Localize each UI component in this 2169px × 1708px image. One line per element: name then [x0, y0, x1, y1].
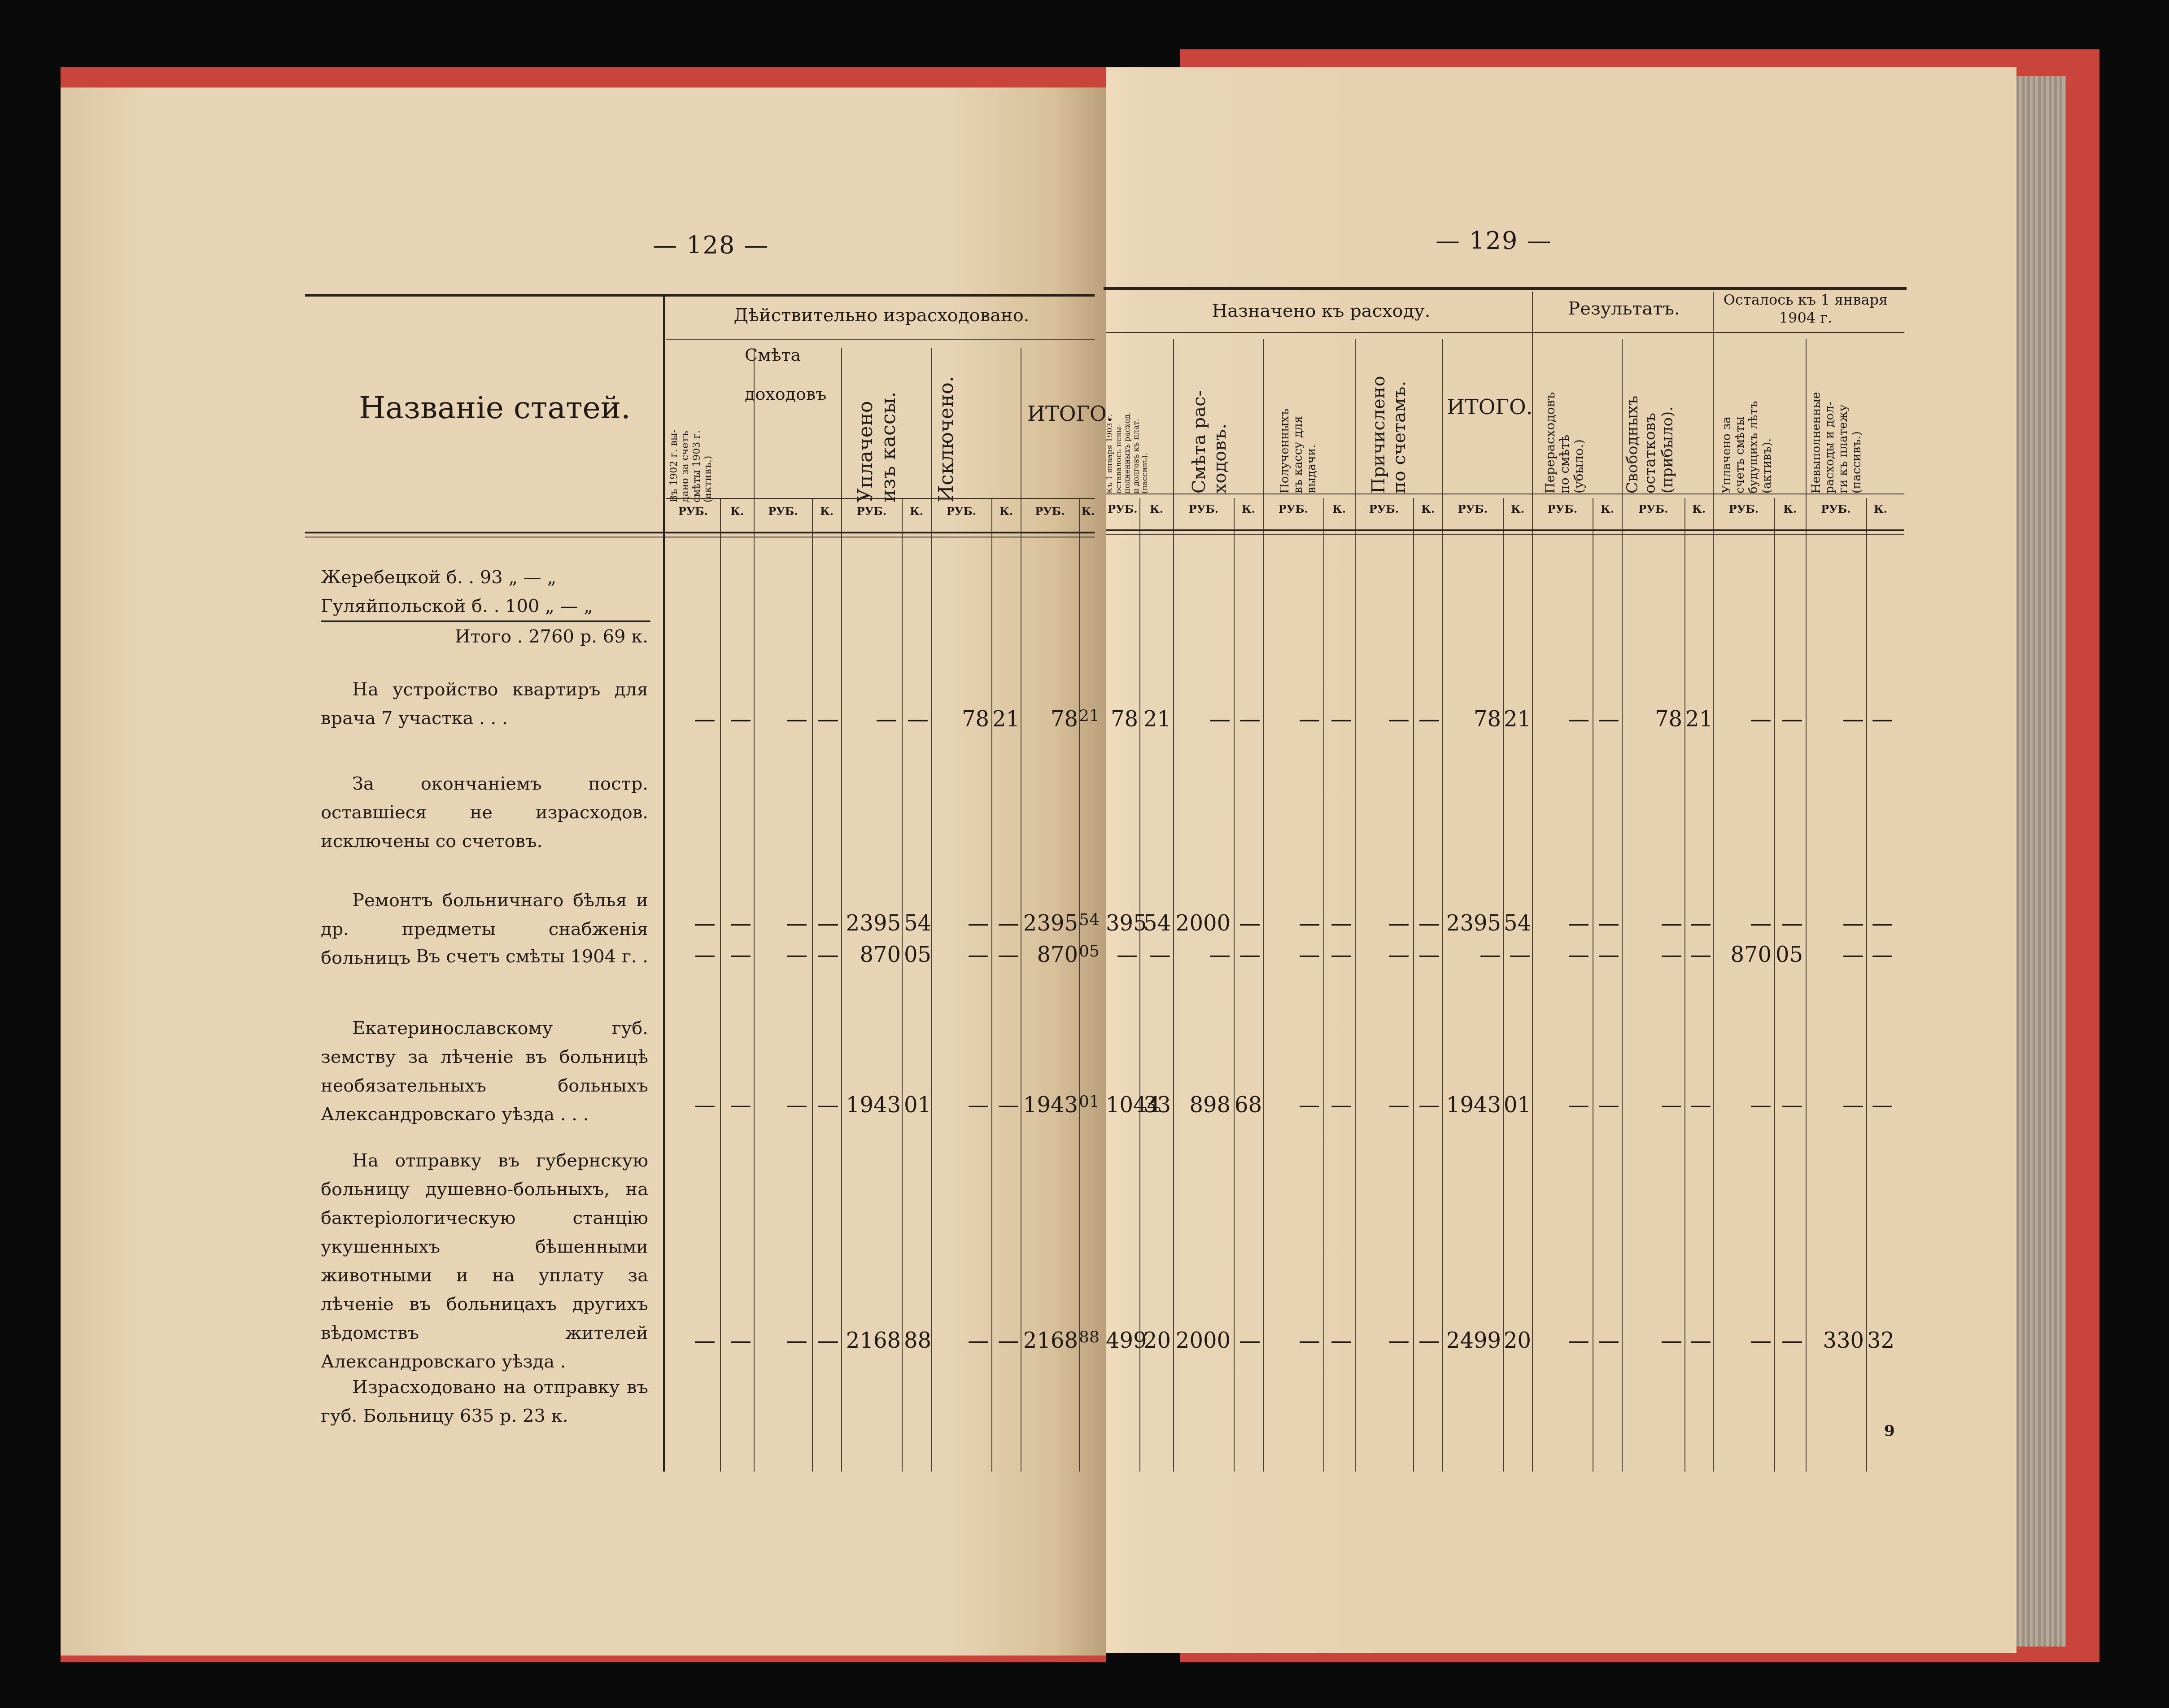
grid-line	[902, 498, 903, 1472]
item-spent-transport: Израсходовано на отправку въ губ. Больни…	[321, 1373, 648, 1430]
cell: —	[933, 942, 989, 967]
cell: —	[1867, 1092, 1893, 1118]
cell: 21	[1504, 707, 1531, 732]
cell: 78	[933, 707, 989, 732]
grid-line	[991, 498, 992, 1472]
item-linen-repair-1904: Въ счетъ смѣты 1904 г. .	[321, 942, 648, 971]
unit-kop: К.	[721, 505, 753, 518]
cell: —	[1685, 911, 1711, 936]
cell: —	[814, 1092, 839, 1118]
cell: —	[668, 707, 716, 732]
cell: —	[1593, 942, 1619, 967]
cell: —	[1775, 1092, 1803, 1118]
cell: —	[1414, 911, 1440, 936]
cell: —	[1235, 942, 1261, 967]
cell: —	[1444, 942, 1501, 967]
cell: 21	[992, 707, 1019, 732]
cell: —	[722, 1092, 751, 1118]
cell: 1943	[1022, 1092, 1078, 1118]
unit-row-rule	[666, 498, 1095, 499]
cell: —	[722, 707, 751, 732]
cell: —	[1174, 707, 1231, 732]
cell: 20	[1504, 1328, 1531, 1353]
cell: 68	[1235, 1092, 1261, 1118]
grid-line	[720, 498, 721, 1472]
unit-rub: РУБ.	[755, 505, 811, 518]
grid-line	[1503, 498, 1504, 1472]
cell: —	[1714, 1092, 1772, 1118]
unit-rub: РУБ.	[1533, 502, 1592, 515]
cell: 01	[904, 1092, 930, 1118]
header-top-rule	[305, 294, 1095, 297]
grid-line	[1323, 498, 1324, 1472]
col-header-free-balances: Свободныхъ остатковъ (прибыло).	[1624, 339, 1678, 494]
cell: 21	[1079, 707, 1097, 725]
unit-rub: РУБ.	[1022, 505, 1078, 518]
unit-kop: К.	[1867, 502, 1894, 515]
cell: —	[1324, 911, 1352, 936]
unit-kop: К.	[1080, 505, 1096, 518]
cell: —	[1714, 707, 1772, 732]
cell: 2395	[1444, 911, 1501, 936]
unit-kop: К.	[1593, 502, 1621, 515]
unit-rub: РУБ.	[1106, 502, 1139, 515]
unit-rub: РУБ.	[1174, 502, 1233, 515]
cell: —	[756, 707, 807, 732]
cell: —	[1174, 942, 1231, 967]
cell: —	[1533, 1092, 1589, 1118]
cell: —	[814, 1328, 839, 1353]
unit-rub: РУБ.	[1444, 502, 1502, 515]
cell: —	[1235, 911, 1261, 936]
grid-line	[754, 348, 755, 1472]
cell: 54	[1140, 911, 1171, 936]
unit-kop: К.	[1775, 502, 1805, 515]
cell: —	[1533, 911, 1589, 936]
cell: —	[1867, 942, 1893, 967]
header-bottom-rule-right	[1106, 529, 1904, 531]
cell: 2000	[1174, 1328, 1231, 1353]
cell: —	[1504, 942, 1531, 967]
cell: —	[1593, 1092, 1619, 1118]
names-column-divider	[663, 296, 665, 1472]
cell: 01	[1079, 1092, 1097, 1111]
grid-line	[1622, 339, 1623, 1472]
cell: 870	[1714, 942, 1772, 967]
group-header-rule-right	[1106, 332, 1904, 333]
cell: —	[1235, 707, 1261, 732]
cell: 33	[1140, 1092, 1171, 1118]
cell: —	[904, 707, 929, 732]
unit-rub: РУБ.	[932, 505, 991, 518]
cell: —	[756, 1328, 807, 1353]
page-number-right: — 129 —	[1436, 227, 1552, 255]
unit-rub: РУБ.	[842, 505, 901, 518]
cell: 395	[1106, 911, 1138, 936]
col-header-paid-from-cash: Уплачено изъ кассы.	[855, 345, 904, 502]
cell: 88	[904, 1328, 930, 1353]
cell: —	[1714, 911, 1772, 936]
cell: 54	[1504, 911, 1531, 936]
grid-line	[812, 498, 813, 1472]
grid-line	[1685, 498, 1685, 1472]
cell: —	[814, 942, 839, 967]
header-bottom-rule-2	[305, 537, 1095, 537]
item-total: Итого . 2760 р. 69 к.	[321, 622, 648, 651]
unit-rub: РУБ.	[1356, 502, 1412, 515]
cell: 2395	[843, 911, 901, 936]
grid-line	[1021, 348, 1021, 1472]
cell: —	[814, 707, 839, 732]
cell: 78	[1623, 707, 1682, 732]
page-number-left: — 128 —	[653, 231, 769, 259]
unit-rub: РУБ.	[1807, 502, 1865, 515]
cell: —	[1807, 1092, 1864, 1118]
cell: —	[1867, 911, 1893, 936]
col-header-issued-1902: Въ 1902 г. вы- дано за счетъ смѣты 1903 …	[668, 345, 718, 502]
cell: —	[756, 911, 807, 936]
cell: 499	[1106, 1328, 1138, 1353]
cell: —	[1685, 942, 1711, 967]
cell: —	[1264, 707, 1320, 732]
cell: —	[814, 911, 839, 936]
unit-row-rule-right	[1106, 494, 1904, 494]
names-header: Названіе статей.	[359, 390, 631, 426]
grid-line	[1532, 292, 1533, 1472]
item-transport-patients: На отправку въ губернскую больницу душев…	[321, 1146, 648, 1376]
col-header-received-in-cash: Полученныхъ въ кассу для выдачи.	[1279, 339, 1328, 494]
cell: —	[992, 1328, 1019, 1353]
col-header-total-left: ИТОГО.	[1027, 402, 1113, 426]
cell: —	[1593, 911, 1619, 936]
cell: —	[1356, 707, 1410, 732]
cell: —	[933, 1328, 989, 1353]
cell: —	[1593, 1328, 1619, 1353]
col-header-total-right: ИТОГО.	[1447, 395, 1532, 419]
unit-kop: К.	[1504, 502, 1532, 515]
cell: 78	[1106, 707, 1138, 732]
grid-line	[1866, 498, 1867, 1472]
unit-kop: К.	[813, 505, 841, 518]
cell: 2168	[843, 1328, 901, 1353]
cell: —	[1807, 707, 1864, 732]
cell: —	[1593, 707, 1619, 732]
col-header-excluded: Исключено.	[935, 345, 985, 502]
cell: —	[1775, 911, 1803, 936]
cell: —	[1623, 942, 1682, 967]
cell: 88	[1079, 1328, 1097, 1346]
cell: —	[843, 707, 897, 732]
grid-line	[1774, 498, 1775, 1472]
cell: —	[668, 1328, 716, 1353]
header-bottom-rule-right-2	[1106, 534, 1904, 535]
grid-line	[1413, 498, 1414, 1472]
grid-line	[1263, 339, 1264, 1472]
unit-rub: РУБ.	[1264, 502, 1322, 515]
cell: —	[1140, 942, 1171, 967]
group-header-actually-spent: Дѣйствительно израсходовано.	[668, 305, 1095, 326]
grid-line	[1173, 339, 1174, 1472]
cell: —	[1714, 1328, 1772, 1353]
grid-line	[841, 348, 842, 1472]
unit-kop: К.	[903, 505, 930, 518]
cell: 898	[1174, 1092, 1231, 1118]
cell: 05	[1079, 942, 1097, 961]
group-header-result: Результатъ.	[1536, 298, 1711, 319]
cell: —	[992, 911, 1019, 936]
cell: 54	[904, 911, 930, 936]
cell: —	[1264, 1092, 1320, 1118]
cell: —	[1264, 911, 1320, 936]
cell: 01	[1504, 1092, 1531, 1118]
cell: 05	[1775, 942, 1803, 967]
cell: 2499	[1444, 1328, 1501, 1353]
cell: 78	[1022, 707, 1078, 732]
cell: 05	[904, 942, 930, 967]
unit-kop: К.	[992, 505, 1020, 518]
cell: —	[1414, 1328, 1440, 1353]
cell: —	[1623, 1328, 1682, 1353]
grid-line	[1234, 498, 1235, 1472]
cell: —	[1414, 942, 1440, 967]
grid-line	[1713, 292, 1714, 1472]
cell: —	[1807, 942, 1864, 967]
cell: —	[1775, 1328, 1803, 1353]
unit-rub: РУБ.	[1714, 502, 1773, 515]
col-header-unfulfilled-1903: Къ 1 января 1903 г. оставалось невы- пол…	[1106, 339, 1166, 494]
col-header-added-by-accounts: Причислено по счетамъ.	[1368, 339, 1422, 494]
unit-kop: К.	[1324, 502, 1354, 515]
cell: —	[1106, 942, 1138, 967]
cell: —	[1685, 1328, 1711, 1353]
cell: —	[1533, 942, 1589, 967]
col-header-overspent: Перерасходовъ по смѣтѣ (убыло.)	[1543, 339, 1593, 494]
cell: —	[1414, 1092, 1440, 1118]
grid-line	[1593, 498, 1593, 1472]
cell: —	[722, 942, 751, 967]
cell: —	[1414, 707, 1440, 732]
cell: —	[1264, 1328, 1320, 1353]
unit-kop: К.	[1685, 502, 1712, 515]
header-bottom-rule	[305, 532, 1095, 533]
signature-mark: 9	[1884, 1422, 1895, 1440]
cell: —	[933, 1092, 989, 1118]
unit-rub: РУБ.	[1623, 502, 1684, 515]
cell: 20	[1140, 1328, 1171, 1353]
cell: —	[992, 942, 1019, 967]
cell: —	[1356, 1092, 1410, 1118]
cell: 78	[1444, 707, 1501, 732]
cell: —	[668, 911, 716, 936]
cell: —	[722, 911, 751, 936]
unit-kop: К.	[1235, 502, 1262, 515]
col-header-unfulfilled-debts: Невыполненные расходы и дол- ги къ плате…	[1810, 339, 1864, 494]
cell: 1044	[1106, 1092, 1138, 1118]
cell: —	[1623, 911, 1682, 936]
grid-line	[931, 348, 932, 1472]
col-header-revenue-estimate: Смѣта доходовъ	[745, 345, 794, 502]
item-construction-remainder: За окончаніемъ постр. оставшіеся не изра…	[321, 769, 648, 856]
page-edges	[2016, 76, 2066, 1647]
cell: —	[1324, 707, 1352, 732]
group-header-assigned: Назначено къ расходу.	[1108, 301, 1534, 321]
cell: 2168	[1022, 1328, 1078, 1353]
cell: 1943	[843, 1092, 901, 1118]
cell: —	[756, 942, 807, 967]
grid-line	[1139, 498, 1140, 1472]
cell: —	[1324, 942, 1352, 967]
cell: —	[1356, 911, 1410, 936]
cell: —	[668, 1092, 716, 1118]
cell: —	[933, 911, 989, 936]
cell: 870	[843, 942, 901, 967]
cell: 2000	[1174, 911, 1231, 936]
cell: 2395	[1022, 911, 1078, 936]
cell: 54	[1079, 911, 1097, 929]
cell: —	[1533, 1328, 1589, 1353]
cell: —	[1235, 1328, 1261, 1353]
grid-line	[1079, 498, 1080, 1472]
cell: 870	[1022, 942, 1078, 967]
cell: —	[1264, 942, 1320, 967]
cell: —	[1807, 911, 1864, 936]
cell: —	[668, 942, 716, 967]
cell: —	[1356, 1328, 1410, 1353]
item-line: Жеребецкой б. . 93 „ — „	[321, 563, 648, 592]
group-header-remaining: Осталось къ 1 января 1904 г.	[1716, 291, 1895, 327]
cell: —	[722, 1328, 751, 1353]
unit-rub: РУБ.	[666, 505, 720, 518]
cell: —	[1685, 1092, 1711, 1118]
cell: 32	[1867, 1328, 1893, 1353]
col-header-expense-estimate: Смѣта рас- ходовъ.	[1189, 339, 1243, 494]
cell: —	[1324, 1328, 1352, 1353]
item-doctor-apartment: На устройство квартиръ для врача 7 участ…	[321, 675, 648, 733]
header-top-rule-right	[1104, 287, 1907, 290]
cell: —	[1867, 707, 1893, 732]
cell: —	[756, 1092, 807, 1118]
item-line: Гуляйпольской б. . 100 „ — „	[321, 592, 650, 622]
cell: —	[1356, 942, 1410, 967]
cell: —	[992, 1092, 1019, 1118]
col-header-paid-future: Уплачено за счетъ смѣты будущихъ лѣтъ (а…	[1720, 339, 1770, 494]
cell: 21	[1140, 707, 1171, 732]
unit-kop: К.	[1414, 502, 1442, 515]
grid-line	[1442, 339, 1443, 1472]
cell: —	[1623, 1092, 1682, 1118]
unit-kop: К.	[1140, 502, 1173, 515]
cell: 1943	[1444, 1092, 1501, 1118]
cell: —	[1775, 707, 1803, 732]
cell: —	[1324, 1092, 1352, 1118]
cell: 330	[1807, 1328, 1864, 1353]
group-header-rule	[666, 339, 1095, 340]
cell: —	[1533, 707, 1589, 732]
item-gubernia-zemstvo: Екатеринославскому губ. земству за лѣчен…	[321, 1014, 648, 1129]
item-hospital-list: Жеребецкой б. . 93 „ — „ Гуляйпольской б…	[321, 563, 648, 651]
cell: 21	[1685, 707, 1711, 732]
